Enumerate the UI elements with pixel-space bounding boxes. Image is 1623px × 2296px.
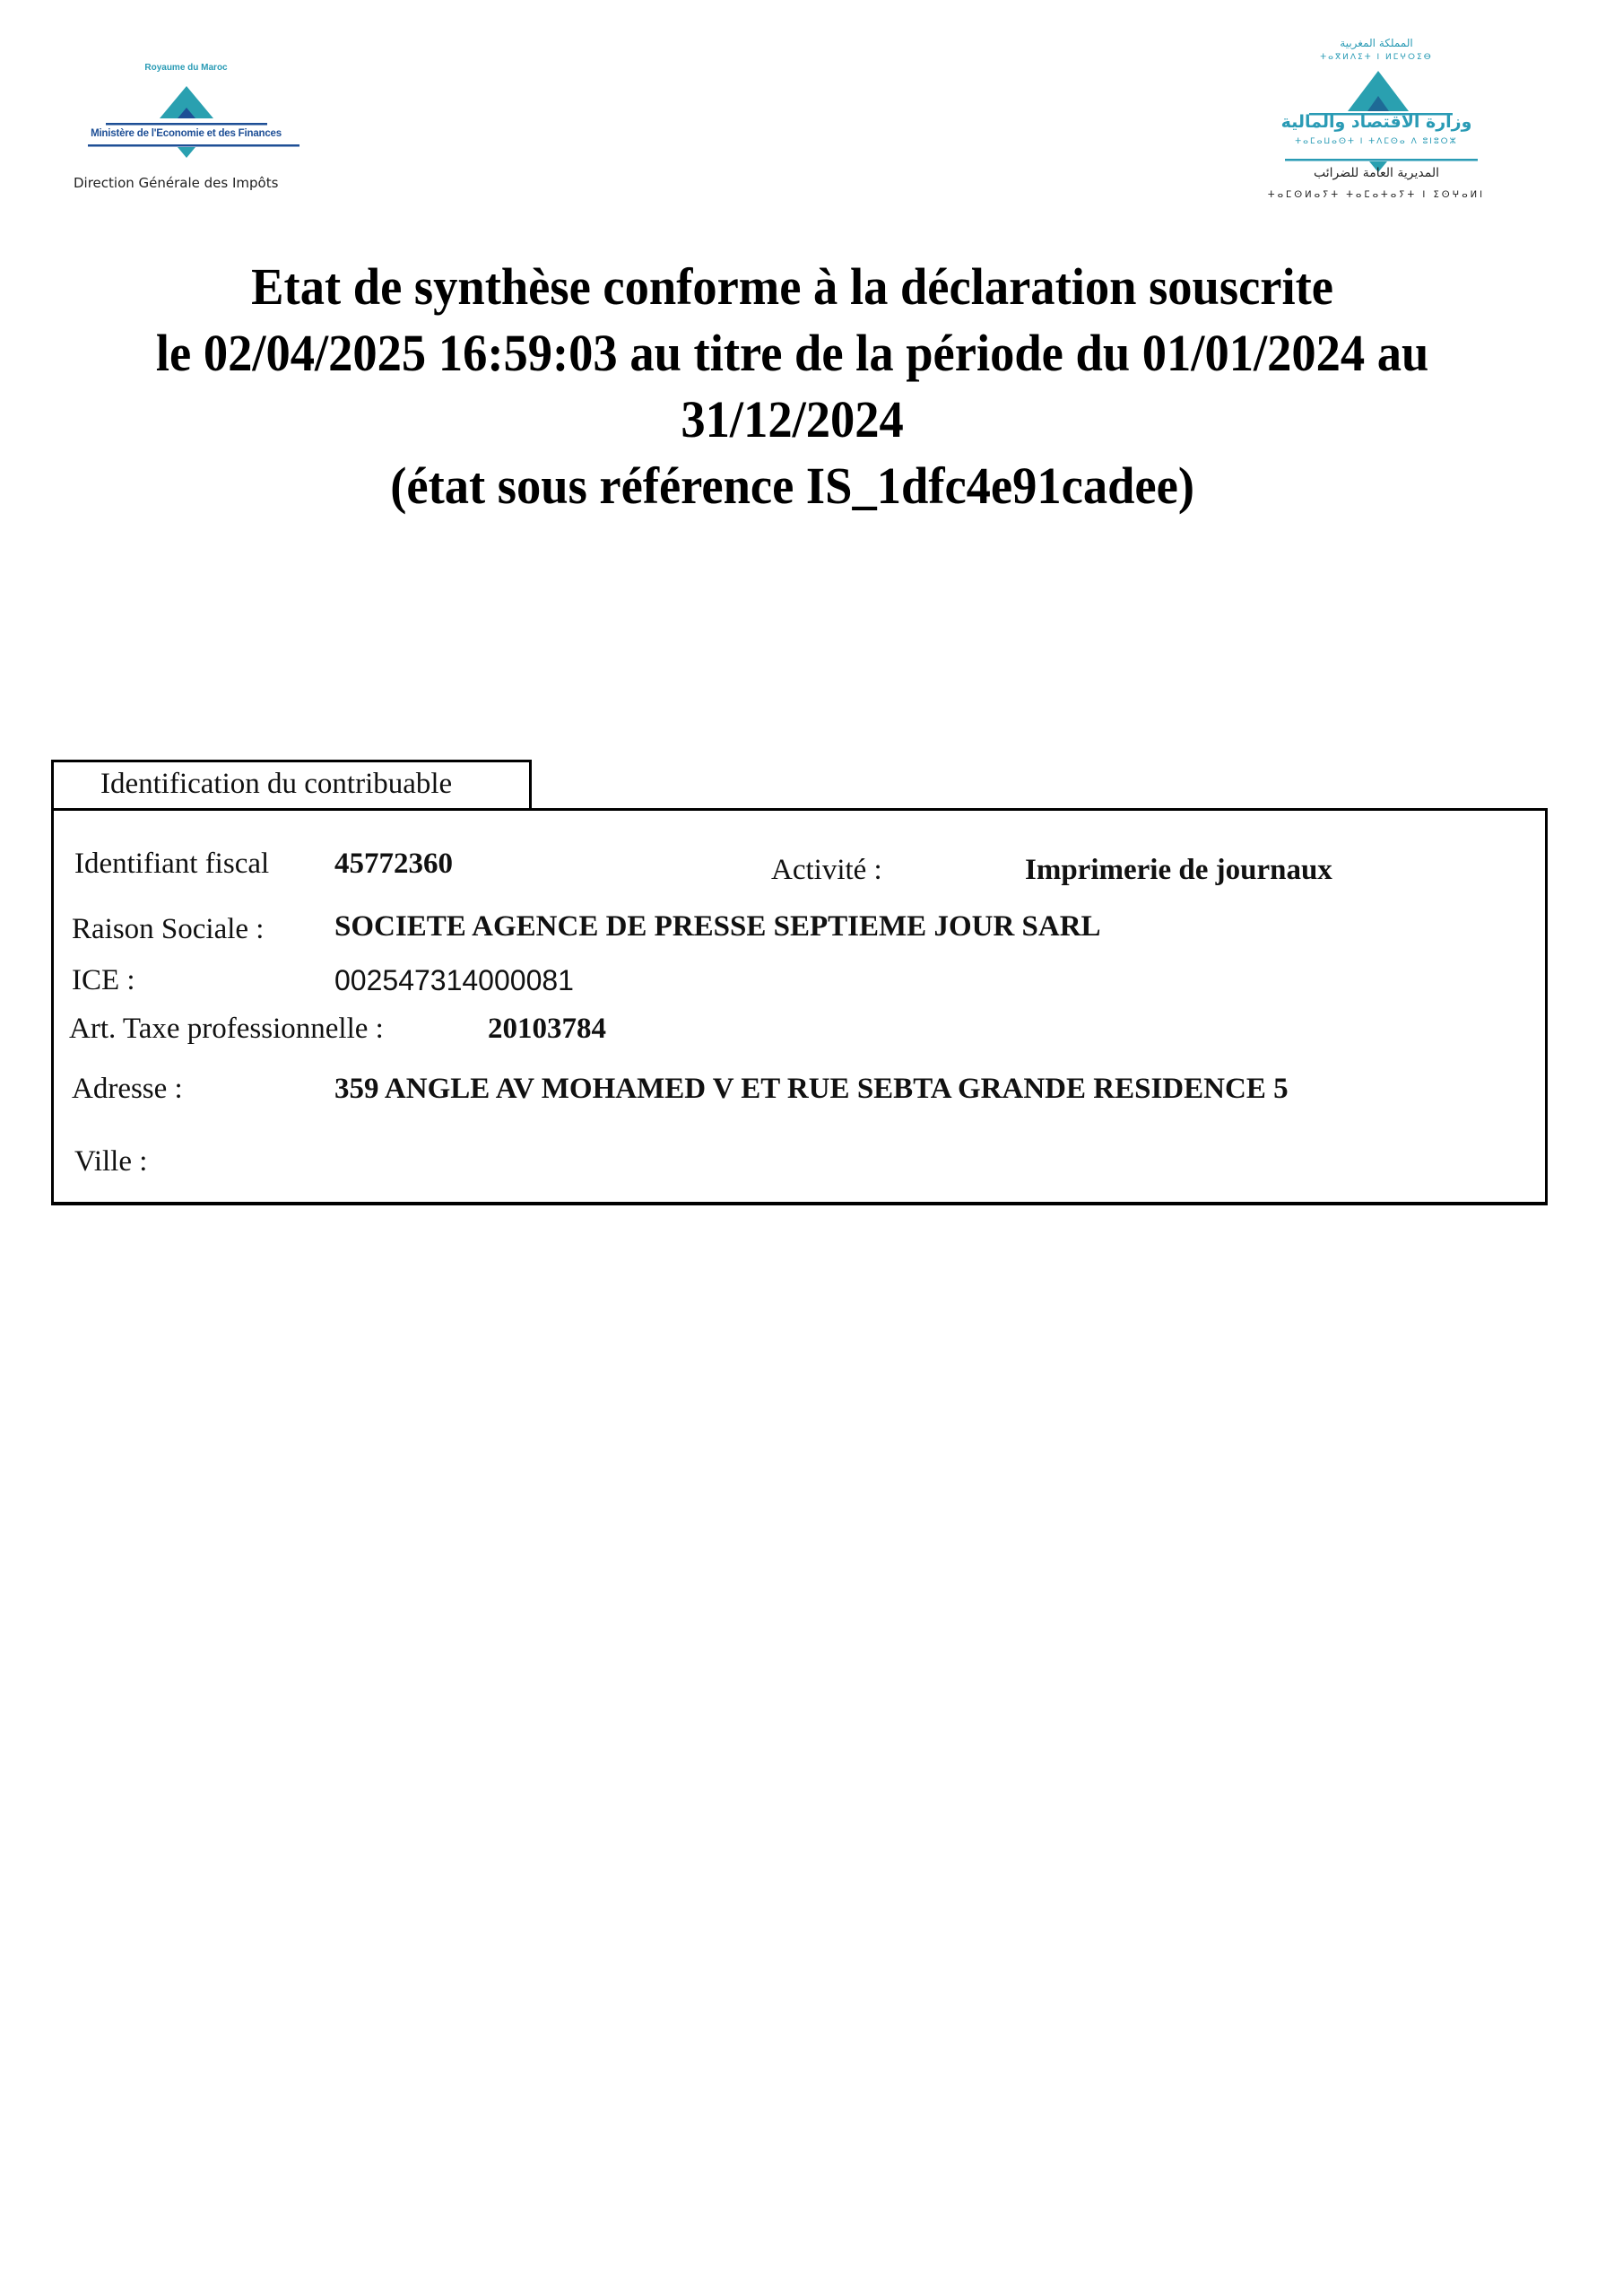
ministry-label: Ministère de l'Economie et des Finances — [63, 128, 309, 139]
ministry-tifinagh-label: ⵜⴰⵎⴰⵡⴰⵙⵜ ⵏ ⵜⴷⵎⵙⴰ ⴷ ⵓⵏⵓⵔⵣ — [1242, 137, 1511, 146]
dgi-logo-right: المملكة المغربية ⵜⴰⴳⵍⴷⵉⵜ ⵏ ⵍⵎⵖⵔⵉⴱ وزارة … — [1242, 31, 1538, 220]
identification-tab: Identification du contribuable — [51, 760, 532, 811]
ville-label: Ville : — [74, 1145, 147, 1178]
ice-label: ICE : — [72, 964, 135, 997]
title-line-2: le 02/04/2025 16:59:03 au titre de la pé… — [0, 320, 1584, 387]
taxe-professionnelle-label: Art. Taxe professionnelle : — [69, 1013, 384, 1046]
ministry-arabic-label: وزارة الاقتصاد والمالية — [1242, 112, 1511, 132]
title-line-1: Etat de synthèse conforme à la déclarati… — [0, 254, 1584, 320]
ice-value: 002547314000081 — [334, 964, 574, 997]
adresse-value: 359 ANGLE AV MOHAMED V ET RUE SEBTA GRAN… — [334, 1073, 1289, 1106]
activite-value: Imprimerie de journaux — [1025, 854, 1332, 887]
document-title: Etat de synthèse conforme à la déclarati… — [0, 254, 1584, 519]
identifiant-fiscal-label: Identifiant fiscal — [74, 848, 269, 881]
title-line-4: (état sous référence IS_1dfc4e91cadee) — [0, 453, 1584, 519]
raison-sociale-value: SOCIETE AGENCE DE PRESSE SEPTIEME JOUR S… — [334, 910, 1101, 944]
adresse-label: Adresse : — [72, 1073, 183, 1106]
activite-label: Activité : — [771, 854, 882, 887]
dgi-logo-left: Royaume du Maroc Ministère de l'Economie… — [63, 54, 323, 197]
taxe-professionnelle-value: 20103784 — [488, 1013, 606, 1046]
identification-box: Identifiant fiscal 45772360 Activité : I… — [51, 808, 1548, 1205]
kingdom-label: Royaume du Maroc — [63, 63, 309, 73]
directorate-label: Direction Générale des Impôts — [74, 175, 278, 191]
kingdom-arabic-label: المملكة المغربية — [1242, 37, 1511, 49]
title-line-3: 31/12/2024 — [0, 387, 1584, 453]
raison-sociale-label: Raison Sociale : — [72, 913, 264, 946]
directorate-tifinagh-label: ⵜⴰⵎⵙⵍⴰⵢⵜ ⵜⴰⵎⴰⵜⴰⵢⵜ ⵏ ⵉⵙⵖⴰⵍⵏ — [1215, 190, 1538, 200]
directorate-arabic-label: المديرية العامة للضرائب — [1242, 166, 1511, 180]
section-title: Identification du contribuable — [100, 768, 452, 801]
identifiant-fiscal-value: 45772360 — [334, 848, 453, 881]
kingdom-tifinagh-label: ⵜⴰⴳⵍⴷⵉⵜ ⵏ ⵍⵎⵖⵔⵉⴱ — [1242, 53, 1511, 62]
